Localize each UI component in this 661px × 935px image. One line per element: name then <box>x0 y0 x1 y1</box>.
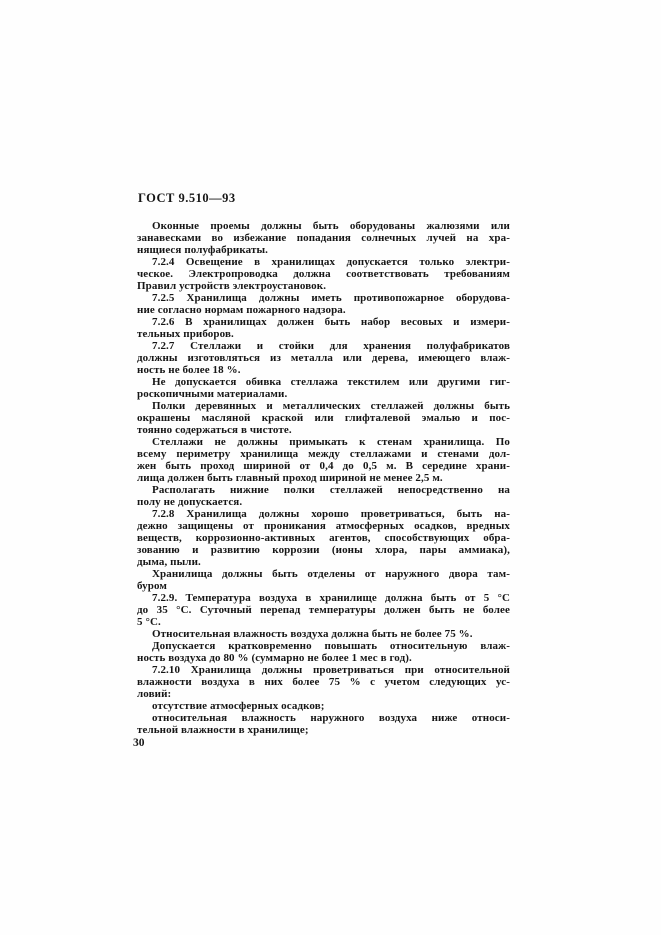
text-line: Правил устройств электроустановок. <box>137 280 510 292</box>
text-line: нящиеся полуфабрикаты. <box>137 244 510 256</box>
paragraph: Не допускается обивка стеллажа текстилем… <box>137 376 510 400</box>
text-line: ние согласно нормам пожарного надзора. <box>137 304 510 316</box>
text-line: 7.2.6 В хранилищах должен быть набор вес… <box>137 316 510 328</box>
paragraph: Относительная влажность воздуха должна б… <box>137 628 510 640</box>
text-line: всему периметру хранилища между стеллажа… <box>137 448 510 460</box>
text-line: 7.2.10 Хранилища должны проветриваться п… <box>137 664 510 676</box>
paragraph: Стеллажи не должны примыкать к стенам хр… <box>137 436 510 484</box>
text-line: относительная влажность наружного воздух… <box>137 712 510 724</box>
text-line: тельной влажности в хранилище; <box>137 724 510 736</box>
text-line: Хранилища должны быть отделены от наружн… <box>137 568 510 580</box>
text-line: буром <box>137 580 510 592</box>
paragraph: 7.2.7 Стеллажи и стойки для хранения пол… <box>137 340 510 376</box>
text-line: дыма, пыли. <box>137 556 510 568</box>
paragraph: Располагать нижние полки стеллажей непос… <box>137 484 510 508</box>
text-line: отсутствие атмосферных осадков; <box>137 700 510 712</box>
text-line: веществ, коррозионно-активных агентов, с… <box>137 532 510 544</box>
text-line: до 35 °С. Суточный перепад температуры д… <box>137 604 510 616</box>
text-line: лища должен быть главный проход шириной … <box>137 472 510 484</box>
text-line: ность воздуха до 80 % (суммарно не более… <box>137 652 510 664</box>
text-line: Располагать нижние полки стеллажей непос… <box>137 484 510 496</box>
paragraph: 7.2.9. Температура воздуха в хранилище д… <box>137 592 510 628</box>
text-line: 7.2.4 Освещение в хранилищах допускается… <box>137 256 510 268</box>
document-body: Оконные проемы должны быть оборудованы ж… <box>137 220 510 736</box>
paragraph: Полки деревянных и металлических стеллаж… <box>137 400 510 436</box>
text-line: тоянно содержаться в чистоте. <box>137 424 510 436</box>
text-line: ловий: <box>137 688 510 700</box>
text-line: полу не допускается. <box>137 496 510 508</box>
text-line: должны изготовляться из металла или дере… <box>137 352 510 364</box>
paragraph: Хранилища должны быть отделены от наружн… <box>137 568 510 592</box>
text-line: занавесками во избежание попадания солне… <box>137 232 510 244</box>
text-line: Относительная влажность воздуха должна б… <box>137 628 510 640</box>
paragraph: 7.2.5 Хранилища должны иметь противопожа… <box>137 292 510 316</box>
text-line: Стеллажи не должны примыкать к стенам хр… <box>137 436 510 448</box>
text-line: окрашены масляной краской или глифталево… <box>137 412 510 424</box>
text-line: Оконные проемы должны быть оборудованы ж… <box>137 220 510 232</box>
text-line: 7.2.9. Температура воздуха в хранилище д… <box>137 592 510 604</box>
text-line: Полки деревянных и металлических стеллаж… <box>137 400 510 412</box>
text-line: дежно защищены от проникания атмосферных… <box>137 520 510 532</box>
document-page: ГОСТ 9.510—93 Оконные проемы должны быть… <box>0 0 661 935</box>
paragraph: отсутствие атмосферных осадков; <box>137 700 510 712</box>
paragraph: 7.2.8 Хранилища должны хорошо проветрива… <box>137 508 510 568</box>
paragraph: 7.2.10 Хранилища должны проветриваться п… <box>137 664 510 700</box>
text-line: влажности воздуха в них более 75 % с уче… <box>137 676 510 688</box>
paragraph: 7.2.4 Освещение в хранилищах допускается… <box>137 256 510 292</box>
text-line: жен быть проход шириной от 0,4 до 0,5 м.… <box>137 460 510 472</box>
paragraph: Допускается кратковременно повышать отно… <box>137 640 510 664</box>
text-line: ческое. Электропроводка должна соответст… <box>137 268 510 280</box>
page-number: 30 <box>133 737 145 749</box>
document-header: ГОСТ 9.510—93 <box>138 191 236 206</box>
text-line: роскопичными материалами. <box>137 388 510 400</box>
paragraph: Оконные проемы должны быть оборудованы ж… <box>137 220 510 256</box>
paragraph: 7.2.6 В хранилищах должен быть набор вес… <box>137 316 510 340</box>
text-line: тельных приборов. <box>137 328 510 340</box>
text-line: Не допускается обивка стеллажа текстилем… <box>137 376 510 388</box>
text-line: ность не более 18 %. <box>137 364 510 376</box>
paragraph: относительная влажность наружного воздух… <box>137 712 510 736</box>
text-line: зованию и развитию коррозии (ионы хлора,… <box>137 544 510 556</box>
text-line: 7.2.5 Хранилища должны иметь противопожа… <box>137 292 510 304</box>
text-line: 5 °С. <box>137 616 510 628</box>
text-line: 7.2.8 Хранилища должны хорошо проветрива… <box>137 508 510 520</box>
text-line: Допускается кратковременно повышать отно… <box>137 640 510 652</box>
text-line: 7.2.7 Стеллажи и стойки для хранения пол… <box>137 340 510 352</box>
